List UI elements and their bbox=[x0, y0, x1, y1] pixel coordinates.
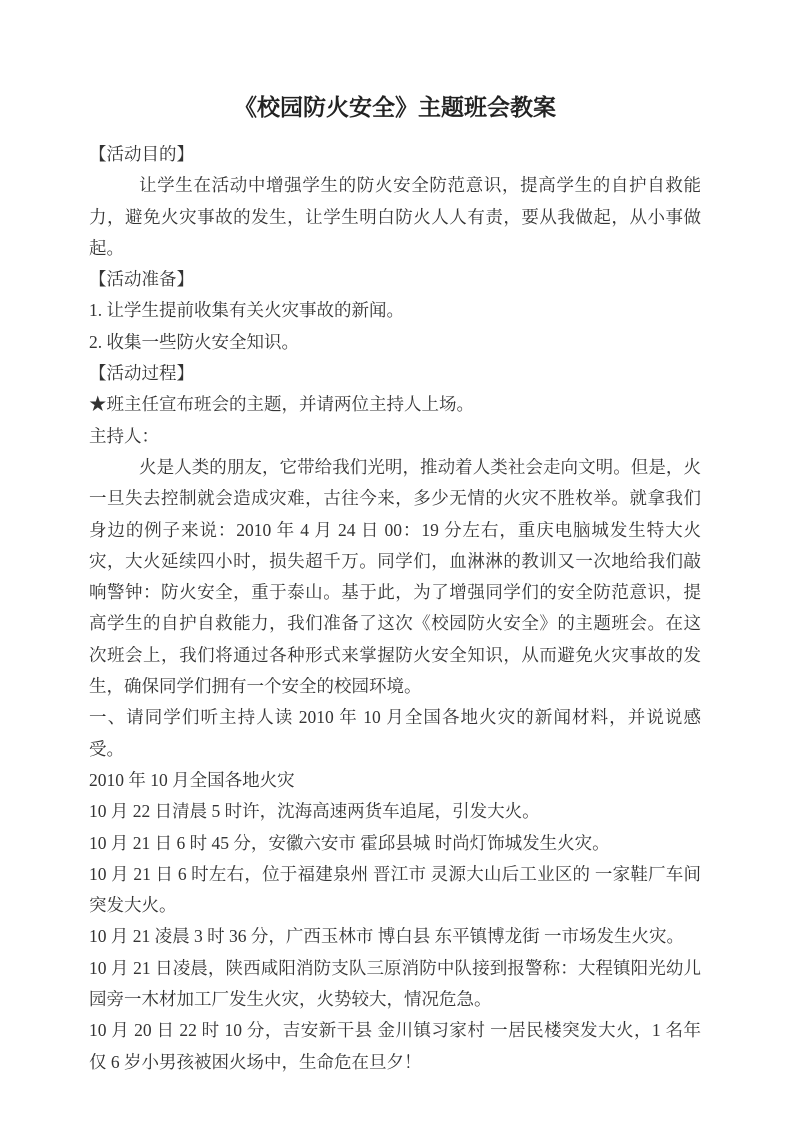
paragraph-section-one: 一、请同学们听主持人读 2010 年 10 月全国各地火灾的新闻材料，并说说感受… bbox=[89, 702, 701, 765]
paragraph-activity-purpose: 让学生在活动中增强学生的防火安全防范意识，提高学生的自护自救能力，避免火灾事故的… bbox=[89, 170, 701, 264]
heading-activity-process: 【活动过程】 bbox=[89, 358, 701, 389]
list-item-preparation-2: 2. 收集一些防火安全知识。 bbox=[89, 327, 701, 358]
paragraph-news-title: 2010 年 10 月全国各地火灾 bbox=[89, 765, 701, 796]
news-item-oct21-shaanxi: 10 月 21 日凌晨，陕西咸阳消防支队三原消防中队接到报警称：大程镇阳光幼儿园… bbox=[89, 953, 701, 1016]
paragraph-host-label: 主持人： bbox=[89, 421, 701, 452]
heading-activity-preparation: 【活动准备】 bbox=[89, 264, 701, 295]
list-item-preparation-1: 1. 让学生提前收集有关火灾事故的新闻。 bbox=[89, 295, 701, 326]
news-item-oct20-jian: 10 月 20 日 22 时 10 分，吉安新干县 金川镇习家村 一居民楼突发大… bbox=[89, 1015, 701, 1078]
heading-activity-purpose: 【活动目的】 bbox=[89, 139, 701, 170]
document-title: 《校园防火安全》主题班会教案 bbox=[89, 88, 701, 128]
news-item-oct21-fujian: 10 月 21 日 6 时左右，位于福建泉州 晋江市 灵源大山后工业区的 一家鞋… bbox=[89, 859, 701, 922]
news-item-oct21-anhui: 10 月 21 日 6 时 45 分，安徽六安市 霍邱县城 时尚灯饰城发生火灾。 bbox=[89, 828, 701, 859]
news-item-oct22: 10 月 22 日清晨 5 时许，沈海高速两货车追尾，引发大火。 bbox=[89, 796, 701, 827]
news-item-oct21-guangxi: 10 月 21 凌晨 3 时 36 分，广西玉林市 博白县 东平镇博龙街 一市场… bbox=[89, 921, 701, 952]
paragraph-teacher-announcement: ★班主任宣布班会的主题，并请两位主持人上场。 bbox=[89, 389, 701, 420]
paragraph-host-speech: 火是人类的朋友，它带给我们光明，推动着人类社会走向文明。但是，火一旦失去控制就会… bbox=[89, 452, 701, 702]
document-page: 《校园防火安全》主题班会教案 【活动目的】 让学生在活动中增强学生的防火安全防范… bbox=[0, 0, 793, 1122]
